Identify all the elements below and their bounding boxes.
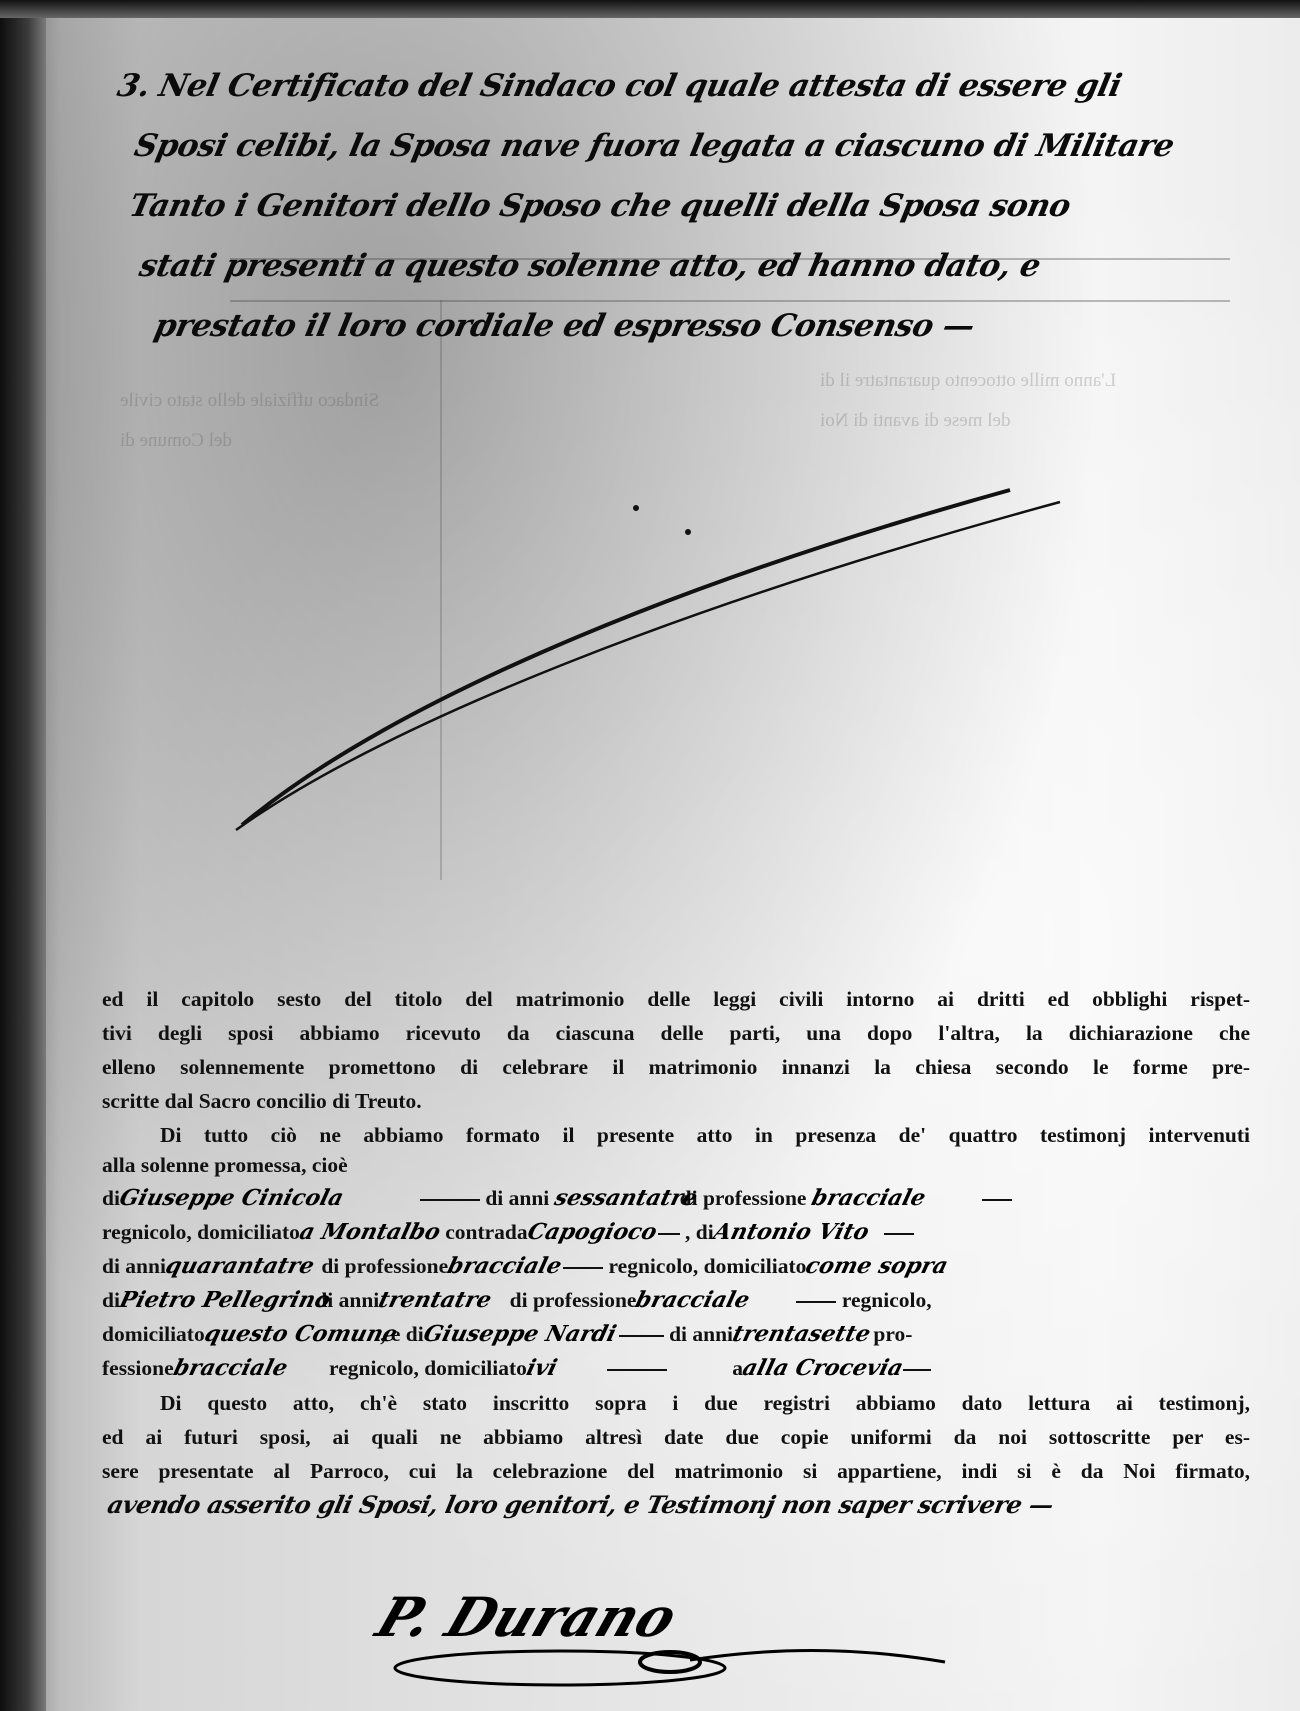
printed-line: scritte dal Sacro concilio di Treuto. [102,1084,1250,1118]
printed-paragraph-2: Di tutto ciò ne abbiamo formato il prese… [102,1118,1250,1178]
witness-row-6: fessionebracciale regnicolo, domiciliato… [102,1352,1250,1386]
cancellation-stroke [230,480,1070,840]
handwritten-line: 3. Nel Certificato del Sindaco col quale… [114,68,1124,104]
witness-row-3: di anniquarantatre di professionebraccia… [102,1250,1250,1284]
printed-line: Di questo atto, ch'è stato inscritto sop… [102,1386,1250,1420]
bleed-through-rule [230,300,1230,302]
witness-age: trentatre [375,1284,508,1317]
witness-profession: bracciale [444,1250,567,1283]
scanned-page: L'anno mille ottocento quarantatre il di… [0,0,1300,1711]
witness-profession: bracciale [170,1352,328,1385]
printed-line: ed il capitolo sesto del titolo del matr… [102,982,1250,1016]
witness-residence: a Montalbo [296,1216,444,1249]
handwritten-line: prestato il loro cordiale ed espresso Co… [151,308,977,344]
witness-age: sessantatre [551,1182,684,1215]
witness-name: Antonio Vito [710,1216,888,1249]
witness-row-2: regnicolo, domiciliatoa Montalbo contrad… [102,1216,1250,1250]
printed-line: elleno solennemente promettono di celebr… [102,1050,1250,1084]
witness-address: alla Crocevia [739,1352,907,1385]
witness-name: Pietro Pellegrino [116,1284,314,1317]
witness-age: quarantatre [162,1250,320,1283]
signature-flourish [390,1640,950,1700]
witness-age: trentasette [729,1318,872,1351]
witness-residence: questo Comune [201,1318,379,1351]
witness-row-1: diGiuseppe Cinicola di anni sessantatred… [102,1182,1250,1216]
handwritten-line: stati presenti a questo solenne atto, ed… [136,248,1043,284]
book-binding-shadow [0,0,46,1711]
witness-residence: ivi [523,1352,611,1385]
printed-paragraph-3: Di questo atto, ch'è stato inscritto sop… [102,1386,1250,1488]
witness-name: Giuseppe Cinicola [116,1182,424,1215]
witness-row-4: diPietro Pellegrino di annitrentatre di … [102,1284,1250,1318]
handwritten-closing: avendo asserito gli Sposi, loro genitori… [105,1490,1056,1519]
witness-row-5: domiciliatoquesto Comune , e diGiuseppe … [102,1318,1250,1352]
witness-profession: bracciale [808,1182,986,1215]
printed-line: alla solenne promessa, cioè [102,1152,1250,1178]
witness-profession: bracciale [632,1284,800,1317]
witness-block: diGiuseppe Cinicola di anni sessantatred… [102,1182,1250,1386]
printed-line: tivi degli sposi abbiamo ricevuto da cia… [102,1016,1250,1050]
handwritten-line: Sposi celibi, la Sposa nave fuora legata… [131,128,1177,164]
witness-residence: come sopra [802,1250,940,1283]
printed-line: ed ai futuri sposi, ai quali ne abbiamo … [102,1420,1250,1454]
printed-line: Di tutto ciò ne abbiamo formato il prese… [102,1118,1250,1152]
printed-paragraph-1: ed il capitolo sesto del titolo del matr… [102,982,1250,1118]
printed-line: sere presentate al Parroco, cui la celeb… [102,1454,1250,1488]
scan-top-edge [0,0,1300,18]
witness-name: Giuseppe Nardi [420,1318,623,1351]
witness-contrada: Capogioco [524,1216,662,1249]
bleed-through-text: del mese di avanti di Noi [820,410,1010,432]
bleed-through-text: del Comune di [120,430,232,452]
bleed-through-text: L'anno mille ottocento quarantatre il di [820,370,1116,392]
bleed-through-text: Sindaco uffiziale dello stato civile [120,390,379,412]
handwritten-line: Tanto i Genitori dello Sposo che quelli … [126,188,1073,224]
